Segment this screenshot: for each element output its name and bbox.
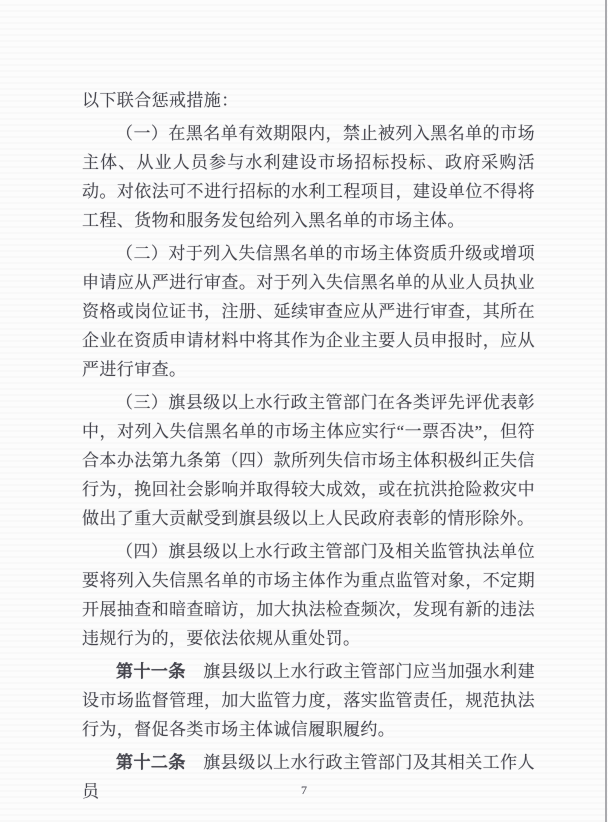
paragraph-item-3: （三）旗县级以上水行政主管部门在各类评先评优表彰中，对列入失信黑名单的市场主体应… <box>82 388 535 533</box>
article-number: 第十一条 <box>116 662 186 681</box>
paragraph-article-11: 第十一条 旗县级以上水行政主管部门应当加强水利建设市场监督管理，加大监管力度，落… <box>82 657 535 744</box>
document-page: 以下联合惩戒措施： （一）在黑名单有效期限内，禁止被列入黑名单的市场主体、从业人… <box>0 0 608 822</box>
paragraph-text: （一）在黑名单有效期限内，禁止被列入黑名单的市场主体、从业人员参与水利建设市场招… <box>82 124 535 230</box>
paragraph-text: （二）对于列入失信黑名单的市场主体资质升级或增项申请应从严进行审查。对于列入失信… <box>82 244 535 379</box>
article-number: 第十二条 <box>116 753 186 772</box>
paragraph-text: （三）旗县级以上水行政主管部门在各类评先评优表彰中，对列入失信黑名单的市场主体应… <box>82 393 535 528</box>
paragraph-article-12: 第十二条 旗县级以上水行政主管部门及其相关工作人员 <box>82 748 535 806</box>
page-number: 7 <box>0 783 608 797</box>
paragraph-item-2: （二）对于列入失信黑名单的市场主体资质升级或增项申请应从严进行审查。对于列入失信… <box>82 239 535 384</box>
paragraph-intro: 以下联合惩戒措施： <box>82 86 535 115</box>
document-body: 以下联合惩戒措施： （一）在黑名单有效期限内，禁止被列入黑名单的市场主体、从业人… <box>82 86 535 810</box>
paragraph-item-4: （四）旗县级以上水行政主管部门及相关监管执法单位要将列入失信黑名单的市场主体作为… <box>82 537 535 653</box>
paragraph-item-1: （一）在黑名单有效期限内，禁止被列入黑名单的市场主体、从业人员参与水利建设市场招… <box>82 119 535 235</box>
paragraph-text: （四）旗县级以上水行政主管部门及相关监管执法单位要将列入失信黑名单的市场主体作为… <box>82 542 535 648</box>
scan-edge-line <box>605 0 607 822</box>
